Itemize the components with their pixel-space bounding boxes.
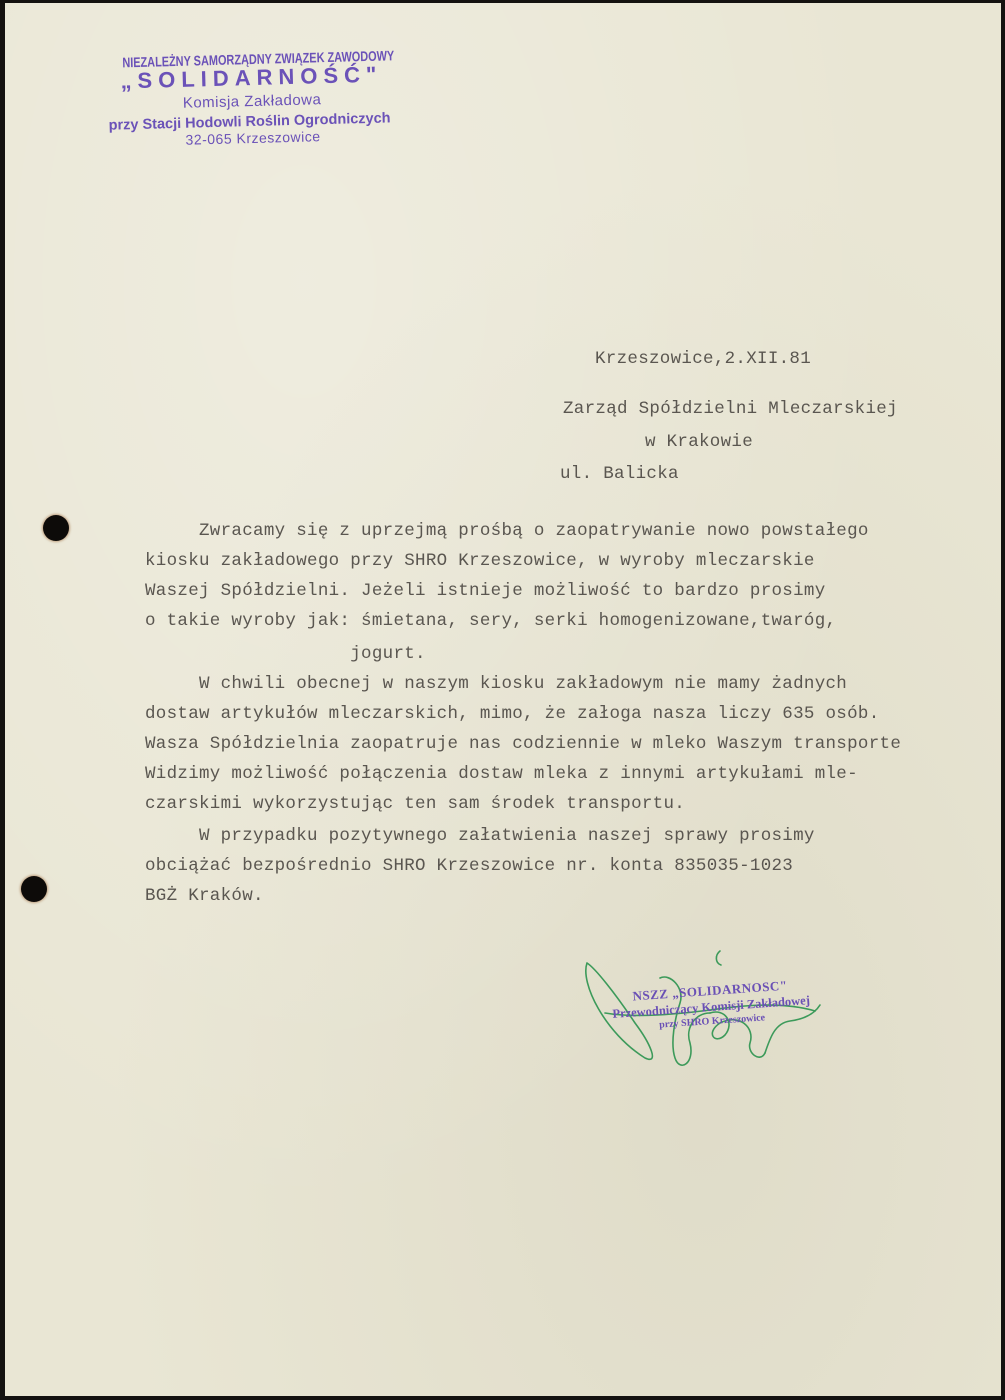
- recipient-line: w Krakowie: [645, 432, 753, 452]
- body-line: BGŻ Kraków.: [145, 886, 264, 906]
- body-line: Wasza Spółdzielnia zaopatruje nas codzie…: [145, 734, 901, 754]
- header-stamp: NIEZALEŻNY SAMORZĄDNY ZWIĄZEK ZAWODOWY „…: [86, 47, 418, 151]
- body-line: Widzimy możliwość połączenia dostaw mlek…: [145, 764, 858, 784]
- body-line: Zwracamy się z uprzejmą prośbą o zaopatr…: [145, 521, 869, 541]
- body-line: dostaw artykułów mleczarskich, mimo, że …: [145, 704, 880, 724]
- body-line: kiosku zakładowego przy SHRO Krzeszowice…: [145, 551, 815, 571]
- body-line: W przypadku pozytywnego załatwienia nasz…: [145, 826, 815, 846]
- recipient-line: ul. Balicka: [560, 464, 679, 484]
- recipient-line: Zarząd Spółdzielni Mleczarskiej: [563, 399, 898, 419]
- place-date: Krzeszowice,2.XII.81: [595, 349, 811, 369]
- body-line: Waszej Spółdzielni. Jeżeli istnieje możl…: [145, 581, 826, 601]
- document-page: NIEZALEŻNY SAMORZĄDNY ZWIĄZEK ZAWODOWY „…: [5, 3, 1001, 1396]
- body-line: czarskimi wykorzystując ten sam środek t…: [145, 794, 685, 814]
- body-line: W chwili obecnej w naszym kiosku zakłado…: [145, 674, 847, 694]
- punch-hole: [43, 515, 69, 541]
- body-line: obciążać bezpośrednio SHRO Krzeszowice n…: [145, 856, 793, 876]
- body-line: jogurt.: [145, 644, 426, 664]
- body-line: o takie wyroby jak: śmietana, sery, serk…: [145, 611, 836, 631]
- punch-hole: [21, 876, 47, 902]
